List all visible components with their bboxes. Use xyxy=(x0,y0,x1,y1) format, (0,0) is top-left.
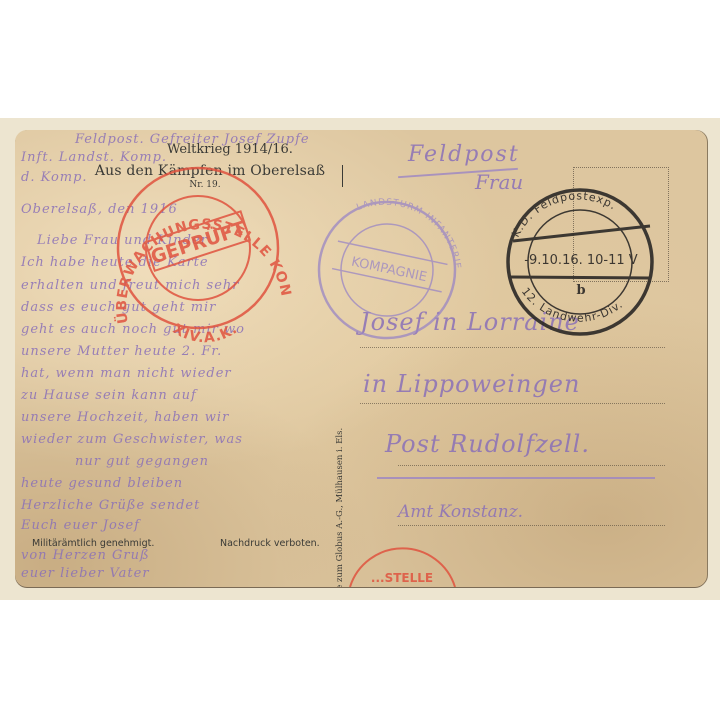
partial-stamp-text: ...STELLE xyxy=(371,571,433,585)
postmark-letter: b xyxy=(576,283,585,298)
stamps-layer: ÜBERWACHUNGSSTELLE KONSTANZ XIV.A.K. GEP… xyxy=(15,130,707,587)
postcard: Feldpost. Gefreiter Josef Zupfe Inft. La… xyxy=(15,130,707,587)
postmark: K.D. Feldpostexp. -9.10.16. 10-11 V b 12… xyxy=(508,189,652,334)
censor-stamp: ÜBERWACHUNGSSTELLE KONSTANZ XIV.A.K. GEP… xyxy=(15,130,294,346)
censor-bottom-text: XIV.A.K. xyxy=(170,321,241,347)
svg-text:XIV.A.K.: XIV.A.K. xyxy=(170,321,241,347)
unit-stamp: LANDSTURM-INFANTERIE KOMPAGNIE xyxy=(319,198,462,338)
partial-censor-stamp: ...STELLE xyxy=(350,548,455,587)
postmark-date: -9.10.16. 10-11 V xyxy=(524,253,637,268)
censor-ring-text: ÜBERWACHUNGSSTELLE KONSTANZ xyxy=(15,130,294,325)
svg-text:ÜBERWACHUNGSSTELLE KONSTANZ: ÜBERWACHUNGSSTELLE KONSTANZ xyxy=(15,130,294,325)
